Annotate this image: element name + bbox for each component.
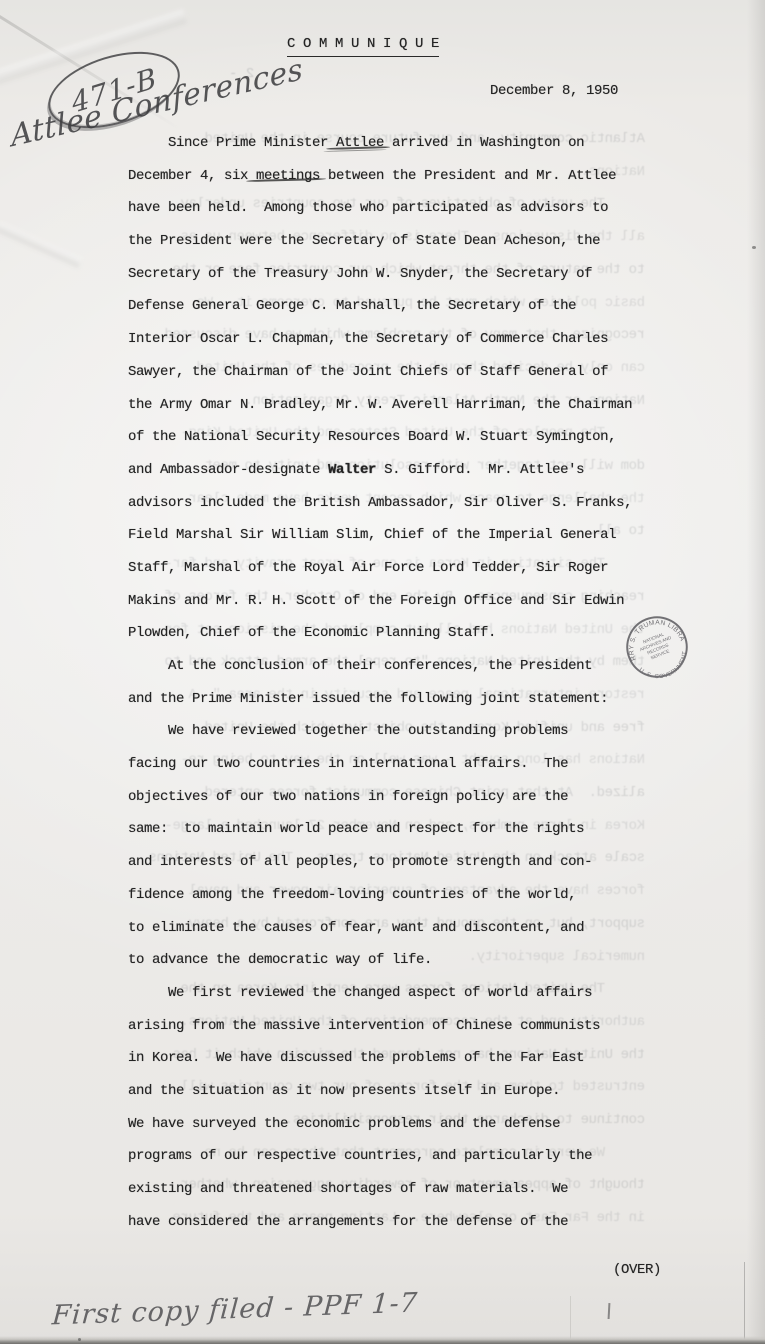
- document-line: We have surveyed the economic problems a…: [128, 1108, 668, 1141]
- document-line: Sawyer, the Chairman of the Joint Chiefs…: [128, 356, 668, 389]
- paper-edge-shadow: [747, 0, 765, 1344]
- over-note: (OVER): [613, 1262, 661, 1278]
- document-line: the President were the Secretary of Stat…: [128, 225, 668, 258]
- document-line: Defense General George C. Marshall, the …: [128, 290, 668, 323]
- document-line: Field Marshal Sir William Slim, Chief of…: [128, 519, 668, 552]
- document-line: and the situation as it now presents its…: [128, 1075, 668, 1108]
- document-line: to eliminate the causes of fear, want an…: [128, 912, 668, 945]
- document-line: existing and threatened shortages of raw…: [128, 1173, 668, 1206]
- document-line: Makins and Mr. R. H. Scott of the Foreig…: [128, 585, 668, 618]
- document-line: and the Prime Minister issued the follow…: [128, 683, 668, 716]
- document-line: have considered the arrangements for the…: [128, 1206, 668, 1239]
- document-line: objectives of our two nations in foreign…: [128, 781, 668, 814]
- document-date: December 8, 1950: [490, 83, 618, 99]
- document-line: have been held. Among those who particip…: [128, 192, 668, 225]
- document-line: We have reviewed together the outstandin…: [128, 715, 668, 748]
- document-line: Secretary of the Treasury John W. Snyder…: [128, 258, 668, 291]
- document-line: of the National Security Resources Board…: [128, 421, 668, 454]
- document-line: advisors included the British Ambassador…: [128, 487, 668, 520]
- document-line: December 4, six meetings between the Pre…: [128, 160, 668, 193]
- paper-crease: [744, 1262, 745, 1344]
- document-line: the Army Omar N. Bradley, Mr. W. Averell…: [128, 389, 668, 422]
- document-line: Since Prime Minister Attlee arrived in W…: [128, 127, 668, 160]
- document-line: programs of our respective countries, an…: [128, 1140, 668, 1173]
- paper-speck: [78, 1338, 81, 1341]
- paper-speck: [752, 246, 756, 249]
- document-line: facing our two countries in internationa…: [128, 748, 668, 781]
- document-line: arising from the massive intervention of…: [128, 1010, 668, 1043]
- document-title: C O M M U N I Q U E: [287, 36, 439, 57]
- document-line: Plowden, Chief of the Economic Planning …: [128, 617, 668, 650]
- document-line: same: to maintain world peace and respec…: [128, 813, 668, 846]
- document-line: in Korea. We have discussed the problems…: [128, 1042, 668, 1075]
- document-line: Staff, Marshal of the Royal Air Force Lo…: [128, 552, 668, 585]
- paper-crease: [0, 222, 82, 268]
- document-line: and interests of all peoples, to promote…: [128, 846, 668, 879]
- scan-bottom-edge: [0, 1336, 765, 1344]
- pencil-tick-mark: [608, 1303, 610, 1319]
- document-line: At the conclusion of their conferences, …: [128, 650, 668, 683]
- filed-note-annotation: First copy filed - PPF 1-7: [51, 1288, 419, 1332]
- document-body: Since Prime Minister Attlee arrived in W…: [128, 127, 668, 1238]
- document-line: We first reviewed the changed aspect of …: [128, 977, 668, 1010]
- document-line: fidence among the freedom-loving countri…: [128, 879, 668, 912]
- document-line: to advance the democratic way of life.: [128, 944, 668, 977]
- document-line: Interior Oscar L. Chapman, the Secretary…: [128, 323, 668, 356]
- document-page: - 2 - Atlantic community, and our future…: [0, 0, 765, 1344]
- document-line: and Ambassador-designate Walter S. Giffo…: [128, 454, 668, 487]
